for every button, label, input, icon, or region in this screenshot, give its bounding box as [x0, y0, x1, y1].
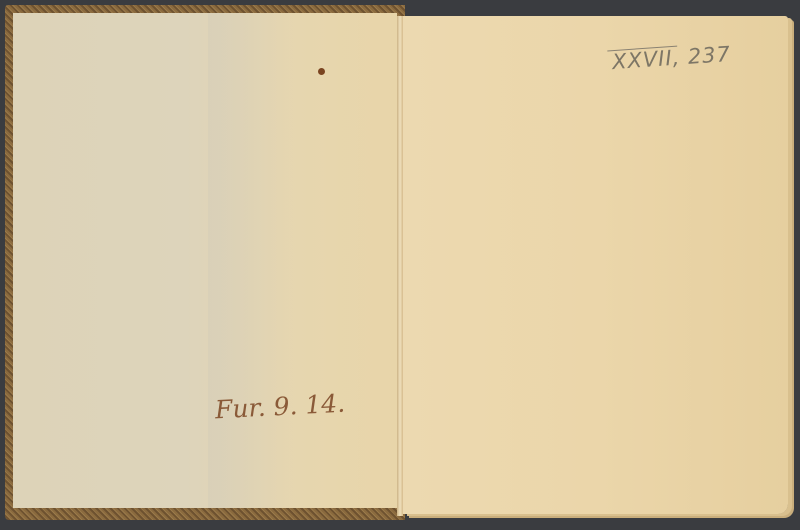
left-pastedown-page: [13, 13, 397, 508]
ink-stain: [318, 68, 325, 75]
page-shading: [208, 13, 298, 508]
right-flyleaf-page: [403, 16, 788, 514]
